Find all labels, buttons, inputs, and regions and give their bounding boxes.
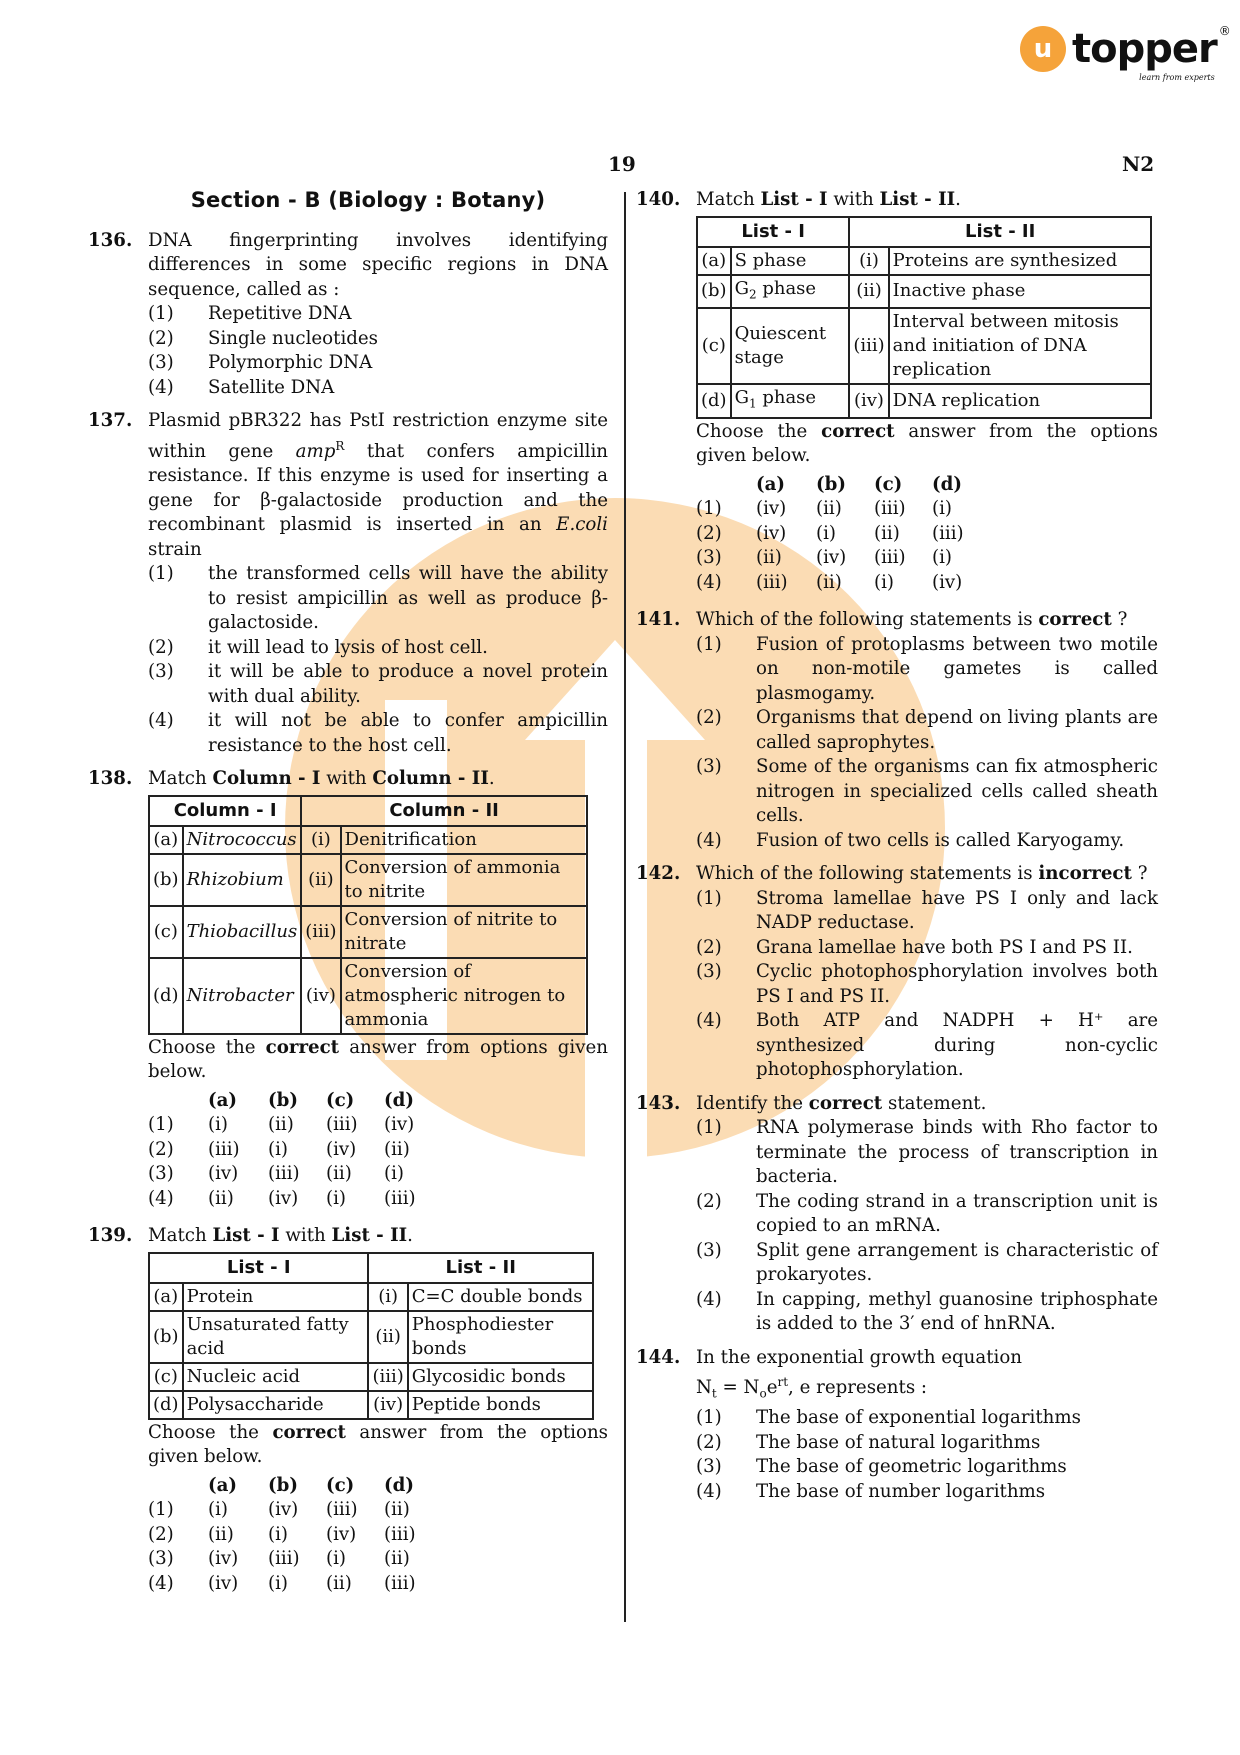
list-2-item: Glycosidic bonds — [408, 1363, 593, 1391]
exam-page: u topper ® learn from experts 19 N2 Sect… — [0, 0, 1240, 1755]
answer-column-header: (b) — [268, 1089, 326, 1114]
row-label: (b) — [149, 1311, 183, 1363]
options-list: (1)Fusion of protoplasms between two mot… — [696, 633, 1158, 854]
option-text: Single nucleotides — [208, 327, 608, 352]
question-stem: Match Column - I with Column - II. — [148, 767, 608, 792]
option-text: Fusion of protoplasms between two motile… — [756, 633, 1158, 707]
list-1-item: Nitrobacter — [183, 958, 302, 1034]
answer-value: (ii) — [326, 1162, 384, 1187]
list-2-item: Interval between mitosis and initiation … — [889, 308, 1151, 384]
row-label: (d) — [697, 384, 731, 418]
gene-name: amp — [296, 441, 336, 462]
option-number: (4) — [696, 1480, 756, 1505]
list-1-item: Thiobacillus — [183, 906, 302, 958]
option-item: (1)Repetitive DNA — [148, 302, 608, 327]
option-text: The base of exponential logarithms — [756, 1406, 1158, 1431]
organism-name: E.coli — [556, 514, 608, 535]
answer-options-grid: (a)(b)(c)(d)(1)(i)(iv)(iii)(ii)(2)(ii)(i… — [148, 1474, 608, 1597]
row-roman: (i) — [301, 826, 340, 854]
option-item: (1)The base of exponential logarithms — [696, 1406, 1158, 1431]
answer-value: (ii) — [384, 1138, 442, 1163]
answer-value: (ii) — [326, 1572, 384, 1597]
answer-value: (i) — [208, 1498, 268, 1523]
question-stem: Which of the following statements is inc… — [696, 862, 1158, 887]
answer-option-number: (2) — [696, 522, 756, 547]
option-text: Stroma lamellae have PS I only and lack … — [756, 887, 1158, 936]
answer-value: (iv) — [268, 1187, 326, 1212]
list-2-header: List - II — [368, 1253, 593, 1283]
option-item: (2)The coding strand in a transcription … — [696, 1190, 1158, 1239]
question-number: 143. — [636, 1092, 696, 1337]
question-stem: In the exponential growth equation — [696, 1346, 1158, 1371]
question-stem: Match List - I with List - II. — [696, 188, 1158, 213]
question-143: 143. Identify the correct statement. (1)… — [636, 1092, 1158, 1337]
list-2-item: Phosphodiester bonds — [408, 1311, 593, 1363]
answer-column-header: (a) — [208, 1474, 268, 1499]
option-item: (1)the transformed cells will have the a… — [148, 562, 608, 636]
choose-instruction: Choose the correct answer from the optio… — [148, 1421, 608, 1470]
option-number: (3) — [696, 1455, 756, 1480]
table-row: (c)Quiescent stage(iii)Interval between … — [697, 308, 1151, 384]
question-144: 144. In the exponential growth equation … — [636, 1346, 1158, 1505]
list-1-item: S phase — [731, 247, 850, 275]
table-row: (d)Nitrobacter(iv)Conversion of atmosphe… — [149, 958, 587, 1034]
question-stem: Match List - I with List - II. — [148, 1224, 608, 1249]
option-text: The base of geometric logarithms — [756, 1455, 1158, 1480]
option-text: Split gene arrangement is characteristic… — [756, 1239, 1158, 1288]
growth-equation: Nt = Noert, e represents : — [696, 1370, 1158, 1406]
question-number: 144. — [636, 1346, 696, 1505]
answer-option-number: (2) — [148, 1523, 208, 1548]
list-2-item: Inactive phase — [889, 275, 1151, 309]
list-1-item: Polysaccharide — [183, 1391, 369, 1419]
option-item: (4)In capping, methyl guanosine triphosp… — [696, 1288, 1158, 1337]
answer-value: (ii) — [268, 1113, 326, 1138]
option-number: (4) — [148, 709, 208, 758]
list-1-header: List - I — [149, 1253, 368, 1283]
question-number: 141. — [636, 608, 696, 853]
answer-value: (ii) — [816, 571, 874, 596]
answer-value: (iii) — [326, 1498, 384, 1523]
options-list: (1)RNA polymerase binds with Rho factor … — [696, 1116, 1158, 1337]
answer-column-header: (c) — [326, 1474, 384, 1499]
option-text: Grana lamellae have both PS I and PS II. — [756, 936, 1158, 961]
answer-value: (i) — [932, 497, 990, 522]
answer-option-number: (1) — [148, 1113, 208, 1138]
option-item: (4)Fusion of two cells is called Karyoga… — [696, 829, 1158, 854]
match-table: Column - IColumn - II(a)Nitrococcus(i)De… — [148, 795, 588, 1035]
answer-options-grid: (a)(b)(c)(d)(1)(i)(ii)(iii)(iv)(2)(iii)(… — [148, 1089, 608, 1212]
row-roman: (ii) — [301, 854, 340, 906]
option-item: (2)it will lead to lysis of host cell. — [148, 636, 608, 661]
answer-value: (iv) — [268, 1498, 326, 1523]
option-item: (2)Single nucleotides — [148, 327, 608, 352]
table-header-row: List - IList - II — [697, 217, 1151, 247]
answer-option-number: (4) — [148, 1572, 208, 1597]
option-number: (1) — [696, 887, 756, 936]
left-column: Section - B (Biology : Botany) 136. DNA … — [88, 188, 608, 1609]
list-1-item: Quiescent stage — [731, 308, 850, 384]
option-text: it will be able to produce a novel prote… — [208, 660, 608, 709]
option-item: (1)Stroma lamellae have PS I only and la… — [696, 887, 1158, 936]
list-1-header: List - I — [697, 217, 849, 247]
answer-option-number: (4) — [148, 1187, 208, 1212]
answer-value: (ii) — [208, 1523, 268, 1548]
answer-value: (iv) — [816, 546, 874, 571]
question-141: 141. Which of the following statements i… — [636, 608, 1158, 853]
option-number: (3) — [696, 755, 756, 829]
answer-column-header: (c) — [326, 1089, 384, 1114]
answer-value: (iv) — [326, 1523, 384, 1548]
option-item: (4)Satellite DNA — [148, 376, 608, 401]
list-2-item: Denitrification — [341, 826, 587, 854]
answer-value: (iv) — [756, 497, 816, 522]
option-number: (4) — [696, 1288, 756, 1337]
choose-instruction: Choose the correct answer from options g… — [148, 1036, 608, 1085]
option-text: the transformed cells will have the abil… — [208, 562, 608, 636]
answer-column-header: (d) — [932, 473, 990, 498]
question-number: 140. — [636, 188, 696, 599]
answer-value: (i) — [874, 571, 932, 596]
answer-options-grid: (a)(b)(c)(d)(1)(iv)(ii)(iii)(i)(2)(iv)(i… — [696, 473, 1158, 596]
option-text: Cyclic photophosphorylation involves bot… — [756, 960, 1158, 1009]
row-label: (b) — [149, 854, 183, 906]
option-text: Repetitive DNA — [208, 302, 608, 327]
option-number: (3) — [696, 1239, 756, 1288]
answer-value: (iii) — [932, 522, 990, 547]
answer-value: (ii) — [208, 1187, 268, 1212]
question-number: 136. — [88, 229, 148, 401]
answer-value: (iv) — [208, 1572, 268, 1597]
option-text: it will not be able to confer ampicillin… — [208, 709, 608, 758]
list-1-item: Protein — [183, 1283, 369, 1311]
list-2-header: Column - II — [301, 796, 587, 826]
list-2-item: Conversion of ammonia to nitrite — [341, 854, 587, 906]
table-row: (b)Rhizobium(ii)Conversion of ammonia to… — [149, 854, 587, 906]
row-label: (c) — [149, 906, 183, 958]
answer-value: (iii) — [208, 1138, 268, 1163]
question-140: 140. Match List - I with List - II. List… — [636, 188, 1158, 599]
option-number: (1) — [696, 1116, 756, 1190]
option-item: (3)it will be able to produce a novel pr… — [148, 660, 608, 709]
option-text: RNA polymerase binds with Rho factor to … — [756, 1116, 1158, 1190]
answer-value: (ii) — [756, 546, 816, 571]
question-138: 138. Match Column - I with Column - II. … — [88, 767, 608, 1215]
u-logo-icon: u — [1020, 26, 1066, 72]
option-item: (3)The base of geometric logarithms — [696, 1455, 1158, 1480]
question-number: 137. — [88, 409, 148, 758]
options-list: (1)Repetitive DNA(2)Single nucleotides(3… — [148, 302, 608, 400]
question-stem: Which of the following statements is cor… — [696, 608, 1158, 633]
match-table: List - IList - II(a)Protein(i)C=C double… — [148, 1252, 594, 1420]
option-text: In capping, methyl guanosine triphosphat… — [756, 1288, 1158, 1337]
answer-value: (i) — [816, 522, 874, 547]
option-number: (1) — [696, 1406, 756, 1431]
table-row: (d)Polysaccharide(iv)Peptide bonds — [149, 1391, 593, 1419]
table-row: (c)Thiobacillus(iii)Conversion of nitrit… — [149, 906, 587, 958]
choose-instruction: Choose the correct answer from the optio… — [696, 420, 1158, 469]
answer-value: (iii) — [268, 1162, 326, 1187]
row-label: (a) — [697, 247, 731, 275]
question-139: 139. Match List - I with List - II. List… — [88, 1224, 608, 1600]
answer-value: (i) — [932, 546, 990, 571]
row-roman: (iv) — [849, 384, 888, 418]
option-text: Satellite DNA — [208, 376, 608, 401]
paper-code: N2 — [1122, 152, 1154, 176]
option-item: (1)RNA polymerase binds with Rho factor … — [696, 1116, 1158, 1190]
option-number: (1) — [148, 562, 208, 636]
row-label: (a) — [149, 826, 183, 854]
option-text: Polymorphic DNA — [208, 351, 608, 376]
answer-value: (iii) — [874, 546, 932, 571]
option-number: (2) — [696, 936, 756, 961]
answer-value: (iii) — [384, 1187, 442, 1212]
question-stem: DNA fingerprinting involves identifying … — [148, 229, 608, 303]
option-item: (1)Fusion of protoplasms between two mot… — [696, 633, 1158, 707]
options-list: (1)The base of exponential logarithms(2)… — [696, 1406, 1158, 1504]
row-roman: (iv) — [368, 1391, 407, 1419]
option-number: (2) — [696, 706, 756, 755]
options-list: (1)the transformed cells will have the a… — [148, 562, 608, 758]
answer-value: (iii) — [874, 497, 932, 522]
question-142: 142. Which of the following statements i… — [636, 862, 1158, 1083]
brand-logo: u topper ® learn from experts — [1020, 26, 1217, 72]
option-text: The base of number logarithms — [756, 1480, 1158, 1505]
table-header-row: Column - IColumn - II — [149, 796, 587, 826]
option-number: (2) — [696, 1190, 756, 1239]
answer-option-number: (3) — [696, 546, 756, 571]
table-row: (d)G1 phase(iv)DNA replication — [697, 384, 1151, 418]
option-text: The base of natural logarithms — [756, 1431, 1158, 1456]
row-roman: (ii) — [849, 275, 888, 309]
logo-text: topper — [1072, 26, 1217, 72]
answer-option-number: (1) — [696, 497, 756, 522]
list-1-item: Nucleic acid — [183, 1363, 369, 1391]
list-2-item: C=C double bonds — [408, 1283, 593, 1311]
list-2-item: DNA replication — [889, 384, 1151, 418]
option-text: Fusion of two cells is called Karyogamy. — [756, 829, 1158, 854]
question-stem: Identify the correct statement. — [696, 1092, 1158, 1117]
answer-option-number: (1) — [148, 1498, 208, 1523]
row-roman: (i) — [368, 1283, 407, 1311]
row-roman: (iii) — [368, 1363, 407, 1391]
option-number: (2) — [696, 1431, 756, 1456]
option-text: Some of the organisms can fix atmospheri… — [756, 755, 1158, 829]
list-1-item: G2 phase — [731, 275, 850, 309]
option-number: (4) — [696, 1009, 756, 1083]
match-table: List - IList - II(a)S phase(i)Proteins a… — [696, 216, 1152, 419]
logo-tagline: learn from experts — [1139, 73, 1215, 82]
answer-option-number: (2) — [148, 1138, 208, 1163]
option-item: (2)The base of natural logarithms — [696, 1431, 1158, 1456]
answer-value: (iii) — [384, 1523, 442, 1548]
question-number: 139. — [88, 1224, 148, 1600]
question-stem: Plasmid pBR322 has PstI restriction enzy… — [148, 409, 608, 562]
answer-value: (ii) — [874, 522, 932, 547]
answer-value: (iv) — [384, 1113, 442, 1138]
answer-value: (iv) — [326, 1138, 384, 1163]
option-number: (3) — [696, 960, 756, 1009]
option-text: it will lead to lysis of host cell. — [208, 636, 608, 661]
answer-value: (iii) — [756, 571, 816, 596]
option-text: Organisms that depend on living plants a… — [756, 706, 1158, 755]
list-2-item: Conversion of nitrite to nitrate — [341, 906, 587, 958]
row-label: (c) — [149, 1363, 183, 1391]
list-2-item: Proteins are synthesized — [889, 247, 1151, 275]
option-number: (1) — [696, 633, 756, 707]
list-2-header: List - II — [849, 217, 1151, 247]
answer-value: (i) — [268, 1572, 326, 1597]
row-roman: (i) — [849, 247, 888, 275]
row-label: (d) — [149, 958, 183, 1034]
question-136: 136. DNA fingerprinting involves identif… — [88, 229, 608, 401]
answer-value: (i) — [268, 1138, 326, 1163]
list-1-header: Column - I — [149, 796, 301, 826]
answer-value: (i) — [208, 1113, 268, 1138]
option-item: (4)The base of number logarithms — [696, 1480, 1158, 1505]
answer-column-header: (d) — [384, 1089, 442, 1114]
question-number: 138. — [88, 767, 148, 1215]
option-number: (4) — [696, 829, 756, 854]
stem-text: strain — [148, 539, 202, 560]
option-text: The coding strand in a transcription uni… — [756, 1190, 1158, 1239]
options-list: (1)Stroma lamellae have PS I only and la… — [696, 887, 1158, 1083]
answer-value: (i) — [326, 1547, 384, 1572]
grid-spacer — [148, 1089, 208, 1114]
answer-column-header: (c) — [874, 473, 932, 498]
row-label: (c) — [697, 308, 731, 384]
right-column: 140. Match List - I with List - II. List… — [636, 188, 1158, 1513]
row-roman: (iii) — [849, 308, 888, 384]
option-number: (4) — [148, 376, 208, 401]
grid-spacer — [148, 1474, 208, 1499]
row-roman: (iii) — [301, 906, 340, 958]
answer-option-number: (3) — [148, 1547, 208, 1572]
row-label: (b) — [697, 275, 731, 309]
option-item: (3)Split gene arrangement is characteris… — [696, 1239, 1158, 1288]
answer-value: (iii) — [268, 1547, 326, 1572]
section-title: Section - B (Biology : Botany) — [128, 188, 608, 213]
option-item: (3)Polymorphic DNA — [148, 351, 608, 376]
page-number: 19 — [608, 152, 636, 176]
table-row: (b)G2 phase(ii)Inactive phase — [697, 275, 1151, 309]
answer-column-header: (d) — [384, 1474, 442, 1499]
answer-value: (iii) — [384, 1572, 442, 1597]
registered-mark: ® — [1219, 24, 1231, 38]
option-item: (2)Grana lamellae have both PS I and PS … — [696, 936, 1158, 961]
answer-value: (iii) — [326, 1113, 384, 1138]
answer-value: (ii) — [384, 1547, 442, 1572]
list-1-item: Unsaturated fatty acid — [183, 1311, 369, 1363]
answer-value: (iv) — [932, 571, 990, 596]
row-label: (d) — [149, 1391, 183, 1419]
answer-value: (i) — [326, 1187, 384, 1212]
answer-value: (iv) — [208, 1162, 268, 1187]
answer-value: (ii) — [816, 497, 874, 522]
list-2-item: Peptide bonds — [408, 1391, 593, 1419]
option-number: (1) — [148, 302, 208, 327]
list-1-item: Nitrococcus — [183, 826, 302, 854]
answer-value: (i) — [268, 1523, 326, 1548]
answer-column-header: (b) — [816, 473, 874, 498]
list-1-item: G1 phase — [731, 384, 850, 418]
answer-value: (ii) — [384, 1498, 442, 1523]
table-row: (a)Nitrococcus(i)Denitrification — [149, 826, 587, 854]
answer-column-header: (a) — [756, 473, 816, 498]
answer-value: (iv) — [208, 1547, 268, 1572]
table-row: (b)Unsaturated fatty acid(ii)Phosphodies… — [149, 1311, 593, 1363]
answer-column-header: (b) — [268, 1474, 326, 1499]
option-item: (3)Some of the organisms can fix atmosph… — [696, 755, 1158, 829]
option-number: (3) — [148, 351, 208, 376]
list-1-item: Rhizobium — [183, 854, 302, 906]
answer-option-number: (4) — [696, 571, 756, 596]
option-number: (3) — [148, 660, 208, 709]
answer-column-header: (a) — [208, 1089, 268, 1114]
row-label: (a) — [149, 1283, 183, 1311]
answer-value: (i) — [384, 1162, 442, 1187]
table-row: (a)Protein(i)C=C double bonds — [149, 1283, 593, 1311]
question-number: 142. — [636, 862, 696, 1083]
table-header-row: List - IList - II — [149, 1253, 593, 1283]
row-roman: (ii) — [368, 1311, 407, 1363]
answer-option-number: (3) — [148, 1162, 208, 1187]
question-137: 137. Plasmid pBR322 has PstI restriction… — [88, 409, 608, 758]
table-row: (a)S phase(i)Proteins are synthesized — [697, 247, 1151, 275]
option-item: (3)Cyclic photophosphorylation involves … — [696, 960, 1158, 1009]
option-text: Both ATP and NADPH + H⁺ are synthesized … — [756, 1009, 1158, 1083]
option-number: (2) — [148, 327, 208, 352]
option-item: (4)it will not be able to confer ampicil… — [148, 709, 608, 758]
option-number: (2) — [148, 636, 208, 661]
table-row: (c)Nucleic acid(iii)Glycosidic bonds — [149, 1363, 593, 1391]
option-item: (4)Both ATP and NADPH + H⁺ are synthesiz… — [696, 1009, 1158, 1083]
grid-spacer — [696, 473, 756, 498]
list-2-item: Conversion of atmospheric nitrogen to am… — [341, 958, 587, 1034]
column-divider — [624, 192, 626, 1622]
row-roman: (iv) — [301, 958, 340, 1034]
answer-value: (iv) — [756, 522, 816, 547]
option-item: (2)Organisms that depend on living plant… — [696, 706, 1158, 755]
